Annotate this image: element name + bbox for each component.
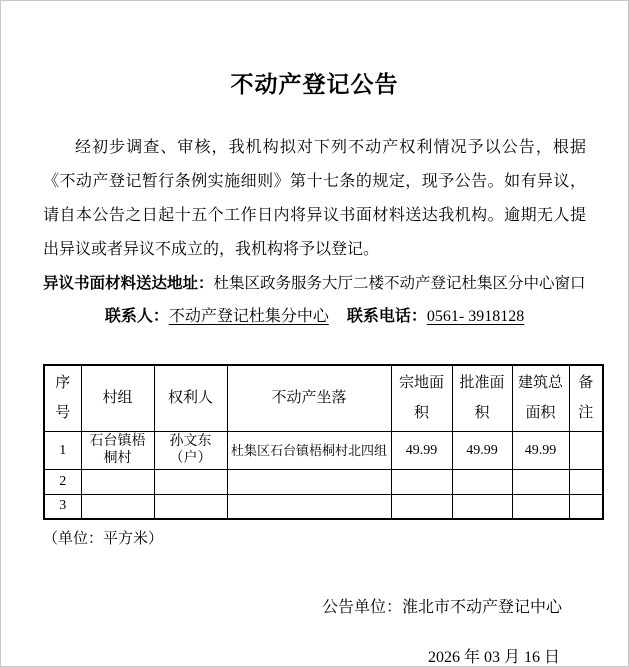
table-row: 1 石台镇梧桐村 孙文东（户） 杜集区石台镇梧桐村北四组 49.99 49.99… [44,431,603,469]
cell-property-location: 杜集区石台镇梧桐村北四组 [227,431,391,469]
page-title: 不动产登记公告 [43,71,586,99]
header-approved-area: 批准面积 [452,365,512,431]
cell-serial-number: 3 [44,494,81,519]
header-total-building-area: 建筑总面积 [512,365,569,431]
contact-line: 联系人：不动产登记杜集分中心联系电话：0561- 3918128 [43,300,586,333]
cell-parcel-area [391,494,452,519]
cell-remarks [569,431,603,469]
contact-person-label: 联系人： [105,308,169,325]
cell-total-building-area [512,494,569,519]
header-property-location: 不动产坐落 [227,365,391,431]
cell-property-location [227,469,391,494]
cell-approved-area [452,469,512,494]
cell-village-group: 石台镇梧桐村 [81,431,154,469]
contact-phone-value: 0561- 3918128 [427,308,524,325]
contact-phone-label: 联系电话： [347,308,427,325]
delivery-address-line: 异议书面材料送达地址：杜集区政务服务大厅二楼不动产登记杜集区分中心窗口 [43,267,586,300]
cell-total-building-area [512,469,569,494]
contact-person-value: 不动产登记杜集分中心 [169,308,329,325]
cell-parcel-area: 49.99 [391,431,452,469]
registration-table: 序号 村组 权利人 不动产坐落 宗地面积 批准面积 建筑总面积 备注 1 石台镇… [43,364,604,520]
cell-rights-holder [154,469,227,494]
issuer-line: 公告单位：淮北市不动产登记中心 [43,597,562,619]
table-row: 2 [44,469,603,494]
cell-approved-area: 49.99 [452,431,512,469]
cell-remarks [569,494,603,519]
header-rights-holder: 权利人 [154,365,227,431]
delivery-address-label: 异议书面材料送达地址： [43,275,214,292]
cell-approved-area [452,494,512,519]
header-parcel-area: 宗地面积 [391,365,452,431]
announcement-document: 不动产登记公告 经初步调查、审核，我机构拟对下列不动产权利情况予以公告，根据《不… [0,0,629,667]
delivery-address-value: 杜集区政务服务大厅二楼不动产登记杜集区分中心窗口 [214,275,586,292]
header-remarks: 备注 [569,365,603,431]
unit-note: （单位：平方米） [43,528,586,550]
cell-parcel-area [391,469,452,494]
table-header-row: 序号 村组 权利人 不动产坐落 宗地面积 批准面积 建筑总面积 备注 [44,365,603,431]
cell-village-group [81,469,154,494]
cell-rights-holder: 孙文东（户） [154,431,227,469]
cell-serial-number: 2 [44,469,81,494]
cell-total-building-area: 49.99 [512,431,569,469]
cell-village-group [81,494,154,519]
cell-property-location [227,494,391,519]
cell-rights-holder [154,494,227,519]
cell-serial-number: 1 [44,431,81,469]
cell-remarks [569,469,603,494]
header-serial-number: 序号 [44,365,81,431]
announcement-body-paragraph: 经初步调查、审核，我机构拟对下列不动产权利情况予以公告，根据《不动产登记暂行条例… [43,131,586,267]
header-village-group: 村组 [81,365,154,431]
date-line: 2026 年 03 月 16 日 [43,647,560,667]
table-row: 3 [44,494,603,519]
